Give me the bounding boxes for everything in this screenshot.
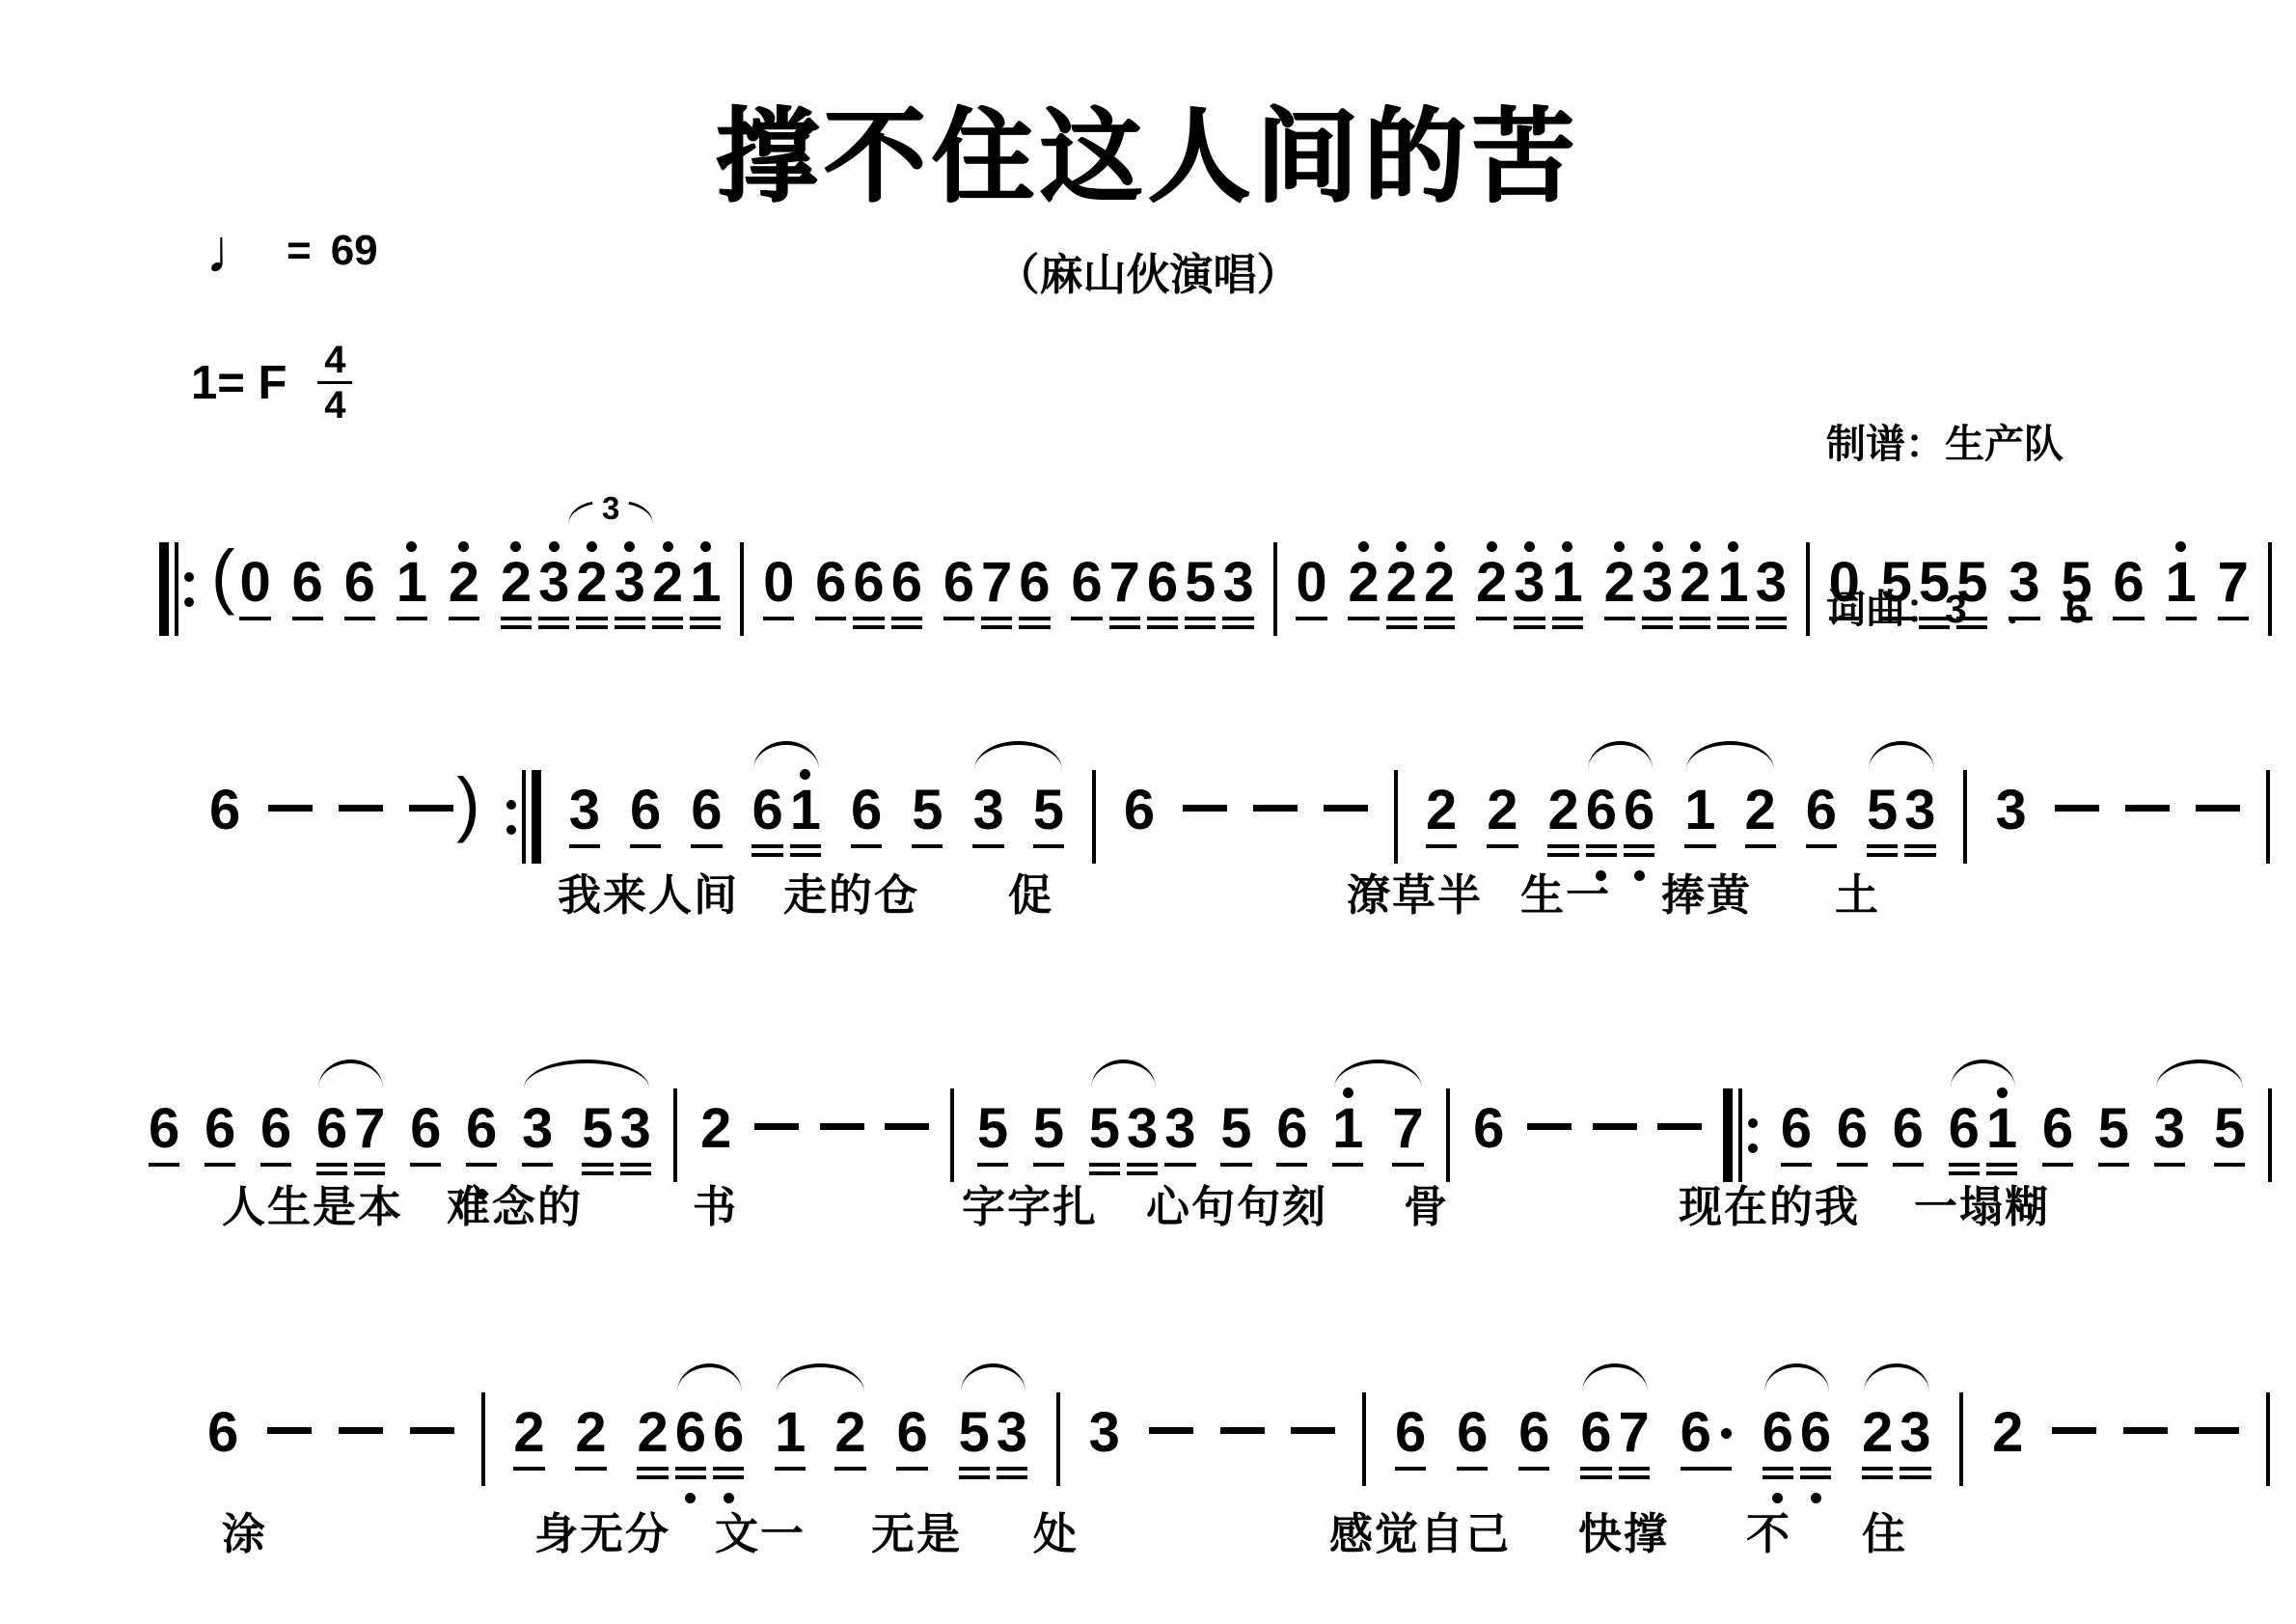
note-digit: 0 <box>1296 555 1326 611</box>
bar-line <box>1092 770 1096 864</box>
note: 2 <box>1485 757 1519 883</box>
note-digit: 3 <box>2154 1101 2185 1157</box>
note-digit: 2 <box>1386 555 1417 611</box>
lyric-segment: 捧黄 <box>1661 860 1752 922</box>
tempo-marking: ♩ = 69 <box>205 220 378 282</box>
beam-underlines <box>1995 839 2026 866</box>
note: 6 <box>1761 1379 1795 1505</box>
slurred-note-group: 12 <box>773 1379 868 1505</box>
sustain-dash <box>409 757 453 812</box>
beam-underlines <box>1992 1461 2023 1488</box>
note-digit: 3 <box>1222 555 1253 611</box>
beam-underlines <box>344 611 375 638</box>
beam-underlines <box>972 839 1003 866</box>
underline <box>1756 617 1787 620</box>
note-digit: 5 <box>977 1101 1008 1157</box>
note: 5 <box>2059 529 2093 655</box>
repeat-dot <box>1748 1143 1758 1153</box>
beam-underlines <box>575 1461 606 1488</box>
beam-underlines <box>1089 1461 1120 1488</box>
octave-dots-low <box>685 1488 696 1505</box>
note-digit: 6 <box>1781 1101 1812 1157</box>
underline <box>396 617 427 620</box>
beam-underlines <box>1619 1461 1650 1488</box>
beam-underlines <box>582 1157 613 1184</box>
underline <box>1514 625 1544 629</box>
repeat-dot <box>1748 1118 1758 1128</box>
underline <box>513 1467 544 1471</box>
dash-line <box>410 1427 454 1434</box>
dash-line <box>268 805 313 812</box>
note-digit: 5 <box>582 1101 613 1157</box>
note-digit: 6 <box>1395 1405 1426 1461</box>
beam-underlines <box>1681 1461 1732 1488</box>
note-digit: 5 <box>2098 1101 2129 1157</box>
note: 1 <box>1330 1075 1365 1201</box>
beam-underlines <box>1806 839 1837 866</box>
beam-underlines <box>943 611 974 638</box>
octave-dots-low <box>1634 866 1645 883</box>
note-digit: 6 <box>1837 1101 1868 1157</box>
note-digit: 5 <box>1919 555 1950 611</box>
note: 6 <box>942 529 976 655</box>
underline <box>1904 853 1935 857</box>
lyric-segment: 处 <box>1033 1499 1079 1561</box>
underline <box>1033 844 1064 848</box>
underline <box>1604 617 1635 620</box>
note-digit: 6 <box>1681 1405 1732 1461</box>
note-digit: 6 <box>1624 783 1654 839</box>
underline <box>1033 1163 1064 1167</box>
note: 6 <box>1122 757 1157 883</box>
tuplet-number: 3 <box>602 492 619 525</box>
sustain-dash <box>2125 757 2170 812</box>
underline <box>891 617 922 620</box>
beam-underlines <box>1680 611 1710 638</box>
underline <box>1426 844 1457 848</box>
beam-underlines <box>896 1461 927 1488</box>
beam-underlines <box>1348 611 1379 638</box>
underline <box>2154 1163 2185 1167</box>
underline <box>1514 617 1544 620</box>
underline <box>896 1467 927 1471</box>
beam-underlines <box>1487 839 1517 866</box>
note-digit: 6 <box>691 783 722 839</box>
beam-underlines <box>815 611 846 638</box>
note-group: 555 <box>1879 529 1990 655</box>
beam-underlines <box>501 611 532 638</box>
note-digit: 2 <box>700 1101 731 1157</box>
note: 7 <box>1617 1379 1652 1505</box>
underline <box>675 1475 706 1479</box>
underline <box>1919 617 1950 620</box>
slur-arc <box>677 1363 743 1392</box>
note-digit: 6 <box>896 1405 927 1461</box>
beam-underlines <box>775 1461 806 1488</box>
bar-line <box>1394 770 1398 864</box>
note-digit: 5 <box>1956 555 1987 611</box>
note: 3 <box>995 1379 1029 1505</box>
dash-line <box>409 805 453 812</box>
note-digit: 6 <box>344 555 375 611</box>
repeat-thin-bar <box>175 542 178 636</box>
note-digit: 2 <box>1487 783 1517 839</box>
lyric-segment: 书 <box>693 1171 738 1234</box>
underline <box>260 1163 291 1167</box>
underline <box>853 617 884 620</box>
note: 6 <box>408 1075 443 1201</box>
repeat-thin-bar <box>1738 1088 1742 1182</box>
dash-line <box>2196 805 2240 812</box>
note: 5 <box>1879 529 1914 655</box>
slur-arc <box>753 741 819 770</box>
underline <box>1745 844 1776 848</box>
beam-underlines <box>959 1461 990 1488</box>
beam-underlines <box>891 611 922 638</box>
underline <box>316 1163 347 1167</box>
note-digit: 6 <box>1763 1405 1793 1461</box>
underline <box>1395 1467 1426 1471</box>
note-digit: 5 <box>1867 783 1898 839</box>
note-digit: 3 <box>1089 1405 1120 1461</box>
underline <box>1893 1163 1924 1167</box>
note-digit: 6 <box>1019 555 1050 611</box>
song-title: 撑不住这人间的苦 <box>0 75 2296 222</box>
repeat-dot <box>506 825 516 835</box>
note: 3 <box>1898 1379 1932 1505</box>
underline <box>1348 617 1379 620</box>
note-digit: 5 <box>2214 1101 2245 1157</box>
repeat-dot <box>506 800 516 810</box>
note: 6 <box>894 1379 929 1505</box>
underline <box>1487 844 1517 848</box>
underline <box>972 844 1003 848</box>
quarter-note-icon: ♩ <box>205 220 267 282</box>
beam-underlines <box>1904 839 1935 866</box>
underline <box>1552 617 1583 620</box>
repeat-thick-bar <box>532 770 541 864</box>
beam-underlines <box>615 611 645 638</box>
slurred-note-group: 67 <box>1578 1379 1652 1505</box>
underline <box>576 625 607 629</box>
note-digit: 5 <box>1220 1101 1251 1157</box>
underline <box>1619 1467 1650 1471</box>
beam-underlines <box>652 611 683 638</box>
beam-underlines <box>410 1157 441 1184</box>
underline <box>912 844 943 848</box>
note-digit: 2 <box>1348 555 1379 611</box>
note-digit: 5 <box>1033 1101 1064 1157</box>
note: 0 <box>1294 529 1328 655</box>
sheet-music-page: 撑不住这人间的苦 （麻山伙演唱） ♩ = 69 1= F 4 4 制谱：生产队 … <box>0 0 2296 1624</box>
note: 1 <box>1715 529 1750 655</box>
slur-arc <box>1588 741 1654 770</box>
underline <box>354 1163 385 1167</box>
note-digit: 5 <box>2061 555 2091 611</box>
underline <box>815 617 846 620</box>
note-digit: 2 <box>637 1405 668 1461</box>
notation-line-4: 62226612653366667666232 <box>205 1379 2270 1505</box>
underline <box>575 1467 606 1471</box>
underline <box>1424 617 1455 620</box>
note: 6 <box>813 529 848 655</box>
note-digit: 3 <box>2009 555 2039 611</box>
note-digit: 0 <box>239 555 270 611</box>
underline <box>149 1163 179 1167</box>
underline <box>522 1163 553 1167</box>
note-group: 231 <box>1474 529 1585 655</box>
beam-underlines <box>1476 611 1507 638</box>
note: 6 <box>207 757 242 883</box>
note-digit: 3 <box>615 555 645 611</box>
note: 3 <box>1220 529 1255 655</box>
underline <box>449 617 479 620</box>
note: 5 <box>2096 1075 2131 1201</box>
dash-line <box>1291 1427 1335 1434</box>
sustain-dash <box>2055 757 2099 812</box>
underline <box>1684 844 1715 848</box>
note-digit: 5 <box>1033 783 1064 839</box>
underline <box>582 1171 613 1175</box>
note-digit: 2 <box>575 1405 606 1461</box>
beam-underlines <box>239 611 270 638</box>
underline <box>1296 617 1326 620</box>
underline <box>1071 617 1102 620</box>
slur-arc <box>1334 1060 1422 1088</box>
underline <box>637 1467 668 1471</box>
underline <box>1127 1163 1158 1167</box>
sustain-dash <box>1183 757 1227 812</box>
underline <box>1476 617 1507 620</box>
underline <box>1919 625 1950 629</box>
note-digit: 3 <box>1127 1101 1158 1157</box>
dash-line <box>339 805 383 812</box>
dash-line <box>267 1427 312 1434</box>
beam-underlines <box>576 611 607 638</box>
note-digit: 7 <box>981 555 1012 611</box>
note-digit: 2 <box>1680 555 1710 611</box>
note-digit: 6 <box>1800 1405 1831 1461</box>
note-digit: 5 <box>1881 555 1912 611</box>
beam-underlines <box>1604 611 1635 638</box>
underline <box>630 844 661 848</box>
note: 2 <box>447 529 481 655</box>
beam-underlines <box>1386 611 1417 638</box>
note: 6 <box>342 529 377 655</box>
note-digit: 2 <box>1862 1405 1893 1461</box>
underline <box>1019 617 1050 620</box>
beam-underlines <box>1717 611 1748 638</box>
repeat-dots <box>506 770 516 864</box>
beam-underlines <box>834 1461 865 1488</box>
note: 2 <box>499 529 533 655</box>
note-digit: 3 <box>997 1405 1027 1461</box>
underline <box>1956 617 1987 620</box>
bar-line <box>1446 1088 1450 1182</box>
note-digit: 2 <box>501 555 532 611</box>
slur-arc <box>974 741 1062 770</box>
note: 3 <box>1754 529 1789 655</box>
dash-line <box>2055 805 2099 812</box>
underline <box>1386 625 1417 629</box>
note-digit: 0 <box>1829 555 1860 611</box>
note: 2 <box>1860 1379 1895 1505</box>
beam-underlines <box>1332 1157 1363 1184</box>
underline <box>1681 1467 1732 1471</box>
sustain-dash <box>754 1075 799 1130</box>
note-digit: 6 <box>752 783 782 839</box>
lyric-segment: 字字扎 <box>962 1171 1098 1234</box>
sustain-dash <box>1220 1379 1265 1434</box>
note: 6 <box>290 529 325 655</box>
note-digit: 2 <box>513 1405 544 1461</box>
slur-arc <box>961 1363 1026 1392</box>
note: 6 <box>1017 529 1052 655</box>
slurred-note-group: 23 <box>1860 1379 1933 1505</box>
beam-underlines <box>1580 1461 1611 1488</box>
note-digit: 6 <box>260 1101 291 1157</box>
beam-underlines <box>1518 1461 1549 1488</box>
note: 6 <box>1679 1379 1734 1505</box>
lyric-segment: 身无分 <box>534 1499 670 1561</box>
beam-underlines <box>538 611 569 638</box>
beam-underlines <box>207 1461 238 1488</box>
dash-line <box>820 1123 864 1130</box>
underline <box>582 1163 613 1167</box>
beam-underlines <box>763 611 794 638</box>
note: 6 <box>1622 757 1656 883</box>
lyric-segment: 促 <box>1008 860 1053 922</box>
note-digit: 6 <box>1949 1101 1980 1157</box>
beam-underlines <box>2061 611 2091 638</box>
underline <box>834 1467 865 1471</box>
slur-arc <box>524 1060 649 1088</box>
sustain-dash <box>1324 757 1368 812</box>
beam-underlines <box>2154 1157 2185 1184</box>
beam-underlines <box>853 611 884 638</box>
underline <box>410 1163 441 1167</box>
underline <box>690 625 721 629</box>
note-digit: 7 <box>354 1101 385 1157</box>
beam-underlines <box>1919 611 1950 638</box>
repeat-start-sign <box>1723 1088 1758 1182</box>
underline <box>1900 1475 1930 1479</box>
underline <box>1586 853 1617 857</box>
note: 6 <box>711 1379 746 1505</box>
underline <box>2214 1163 2245 1167</box>
underline <box>981 617 1012 620</box>
bar-line <box>673 1088 677 1182</box>
note: 2 <box>650 529 685 655</box>
beam-underlines <box>1800 1461 1831 1488</box>
beam-underlines <box>1756 611 1787 638</box>
lyric-segment: 生一 <box>1520 860 1611 922</box>
note-digit: 1 <box>396 555 427 611</box>
sustain-dash <box>1291 1379 1335 1434</box>
underline <box>1862 1475 1893 1479</box>
underline <box>1763 1475 1793 1479</box>
notation-line-2: 6)366616535622266126533 <box>207 757 2270 883</box>
underline <box>790 844 821 848</box>
repeat-dot <box>184 572 194 582</box>
note: 0 <box>761 529 796 655</box>
note-digit: 3 <box>1642 555 1673 611</box>
slur-arc <box>1864 1363 1929 1392</box>
beam-underlines <box>1424 611 1455 638</box>
note: 3 <box>2007 529 2041 655</box>
beam-underlines <box>449 611 479 638</box>
underline <box>775 1467 806 1471</box>
note: 1 <box>2164 529 2199 655</box>
note-group: ) <box>409 757 480 843</box>
note-digit: 1 <box>2166 555 2197 611</box>
underline <box>1547 844 1578 848</box>
slur-arc <box>318 1060 384 1088</box>
note-digit: 6 <box>2113 555 2144 611</box>
note: 6 <box>1804 757 1839 883</box>
note: 3 <box>1512 529 1546 655</box>
lyric-segment: 快撑 <box>1578 1499 1669 1561</box>
bar-line <box>2268 1088 2272 1182</box>
note-group: 666 <box>813 529 924 655</box>
dash-line <box>885 1123 929 1130</box>
tuplet-arc-left <box>566 502 596 525</box>
lyric-segment: 现在的我 <box>1679 1171 1860 1234</box>
dash-line <box>1527 1123 1572 1130</box>
underline <box>1222 617 1253 620</box>
note-digit: 3 <box>1164 1101 1195 1157</box>
repeat-thick-bar <box>159 542 169 636</box>
underline <box>959 1475 990 1479</box>
note-digit: 2 <box>1604 555 1635 611</box>
underline <box>239 617 270 620</box>
sustain-dash <box>2195 1379 2239 1434</box>
octave-dots-low <box>1811 1488 1821 1505</box>
bar-line <box>2268 542 2272 636</box>
underline <box>2113 617 2144 620</box>
note: 6 <box>1069 529 1104 655</box>
note-group: 222 <box>1346 529 1457 655</box>
note-digit: 1 <box>775 1405 806 1461</box>
note-digit: 6 <box>943 555 974 611</box>
note: 2 <box>833 1379 867 1505</box>
sustain-dash <box>339 1379 383 1434</box>
beam-underlines <box>2166 611 2197 638</box>
underline <box>2061 617 2091 620</box>
lyric-segment: 走的仓 <box>783 860 919 922</box>
note: 6 <box>205 1379 240 1505</box>
note: 0 <box>237 529 272 655</box>
notation-line-1: (066122323213066667667653022223123213055… <box>159 529 2272 655</box>
sustain-dash <box>1527 1075 1572 1130</box>
underline <box>344 617 375 620</box>
time-signature-denominator: 4 <box>324 385 345 426</box>
slurred-note-group: 53 <box>957 1379 1030 1505</box>
beam-underlines <box>513 1461 544 1488</box>
underline <box>1867 853 1898 857</box>
underline <box>1986 1163 2017 1167</box>
lyric-segment: 我来人间 <box>558 860 739 922</box>
beam-underlines <box>1395 1461 1426 1488</box>
note-digit: 2 <box>1992 1405 2023 1461</box>
underline <box>1680 625 1710 629</box>
note-digit: 1 <box>1332 1101 1363 1157</box>
note-digit: 6 <box>1071 555 1102 611</box>
note: 3 <box>1087 1379 1122 1505</box>
time-signature: 4 4 <box>317 340 352 426</box>
beam-underlines <box>981 611 1012 638</box>
sustain-dash <box>1657 1075 1702 1130</box>
